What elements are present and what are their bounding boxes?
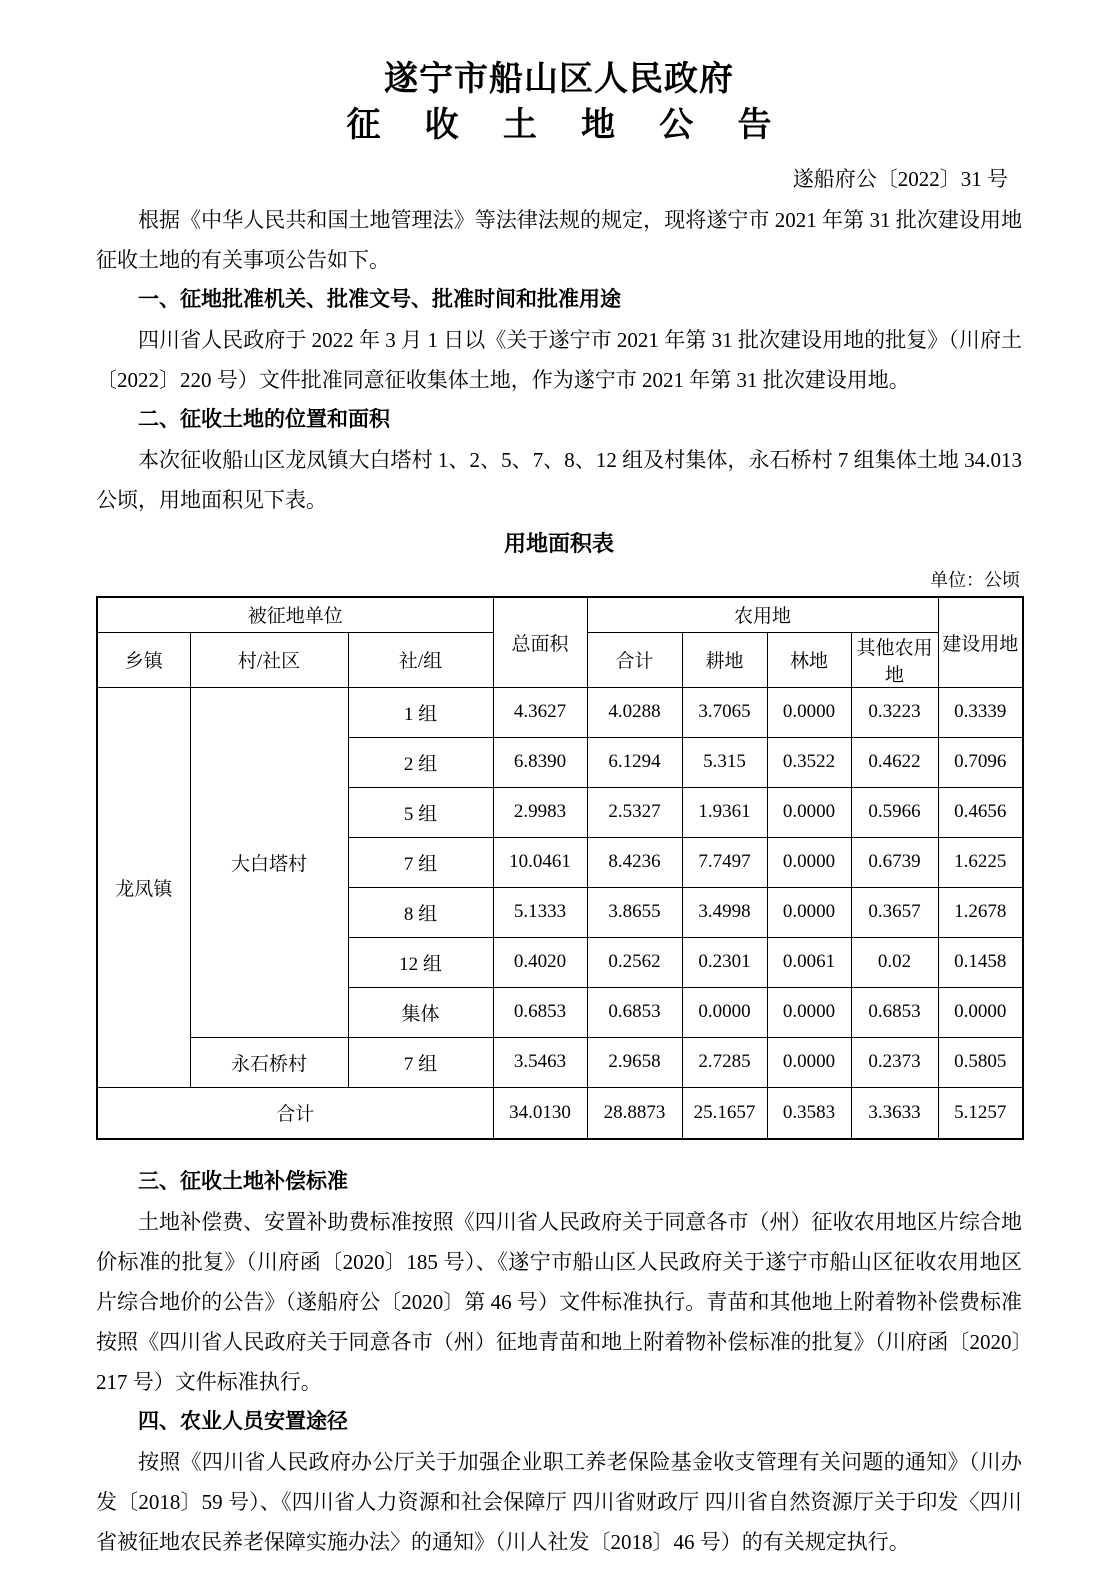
group-cell: 1 组 — [348, 687, 493, 737]
org-title: 遂宁市船山区人民政府 — [96, 58, 1022, 102]
village-cell: 永石桥村 — [190, 1037, 348, 1087]
farmland-subtotal-cell: 4.0288 — [587, 687, 682, 737]
other-farmland-cell: 0.3223 — [851, 687, 938, 737]
group-cell: 8 组 — [348, 887, 493, 937]
construction-cell: 0.3339 — [938, 687, 1023, 737]
section-3-body: 土地补偿费、安置补助费标准按照《四川省人民政府关于同意各市（州）征收农用地区片综… — [96, 1202, 1022, 1402]
forest-cell: 0.3583 — [767, 1087, 851, 1139]
table-row: 永石桥村 7 组 3.5463 2.9658 2.7285 0.0000 0.2… — [97, 1037, 1023, 1087]
farmland-subtotal-cell: 2.9658 — [587, 1037, 682, 1087]
table-row: 龙凤镇 大白塔村 1 组 4.3627 4.0288 3.7065 0.0000… — [97, 687, 1023, 737]
farmland-subtotal-cell: 2.5327 — [587, 787, 682, 837]
group-cell: 2 组 — [348, 737, 493, 787]
forest-cell: 0.0000 — [767, 987, 851, 1037]
cultivated-cell: 0.0000 — [682, 987, 767, 1037]
construction-cell: 0.7096 — [938, 737, 1023, 787]
group-cell: 集体 — [348, 987, 493, 1037]
cultivated-cell: 5.315 — [682, 737, 767, 787]
cultivated-cell: 2.7285 — [682, 1037, 767, 1087]
header-total-area: 总面积 — [493, 597, 587, 687]
cultivated-cell: 3.7065 — [682, 687, 767, 737]
forest-cell: 0.0000 — [767, 687, 851, 737]
header-group: 社/组 — [348, 632, 493, 687]
header-township: 乡镇 — [97, 632, 190, 687]
cultivated-cell: 7.7497 — [682, 837, 767, 887]
other-farmland-cell: 3.3633 — [851, 1087, 938, 1139]
table-title: 用地面积表 — [96, 524, 1022, 564]
farmland-subtotal-cell: 6.1294 — [587, 737, 682, 787]
construction-cell: 0.1458 — [938, 937, 1023, 987]
header-farmland: 农用地 — [587, 597, 938, 632]
section-3-heading: 三、征收土地补偿标准 — [96, 1162, 1022, 1202]
section-4-body: 按照《四川省人民政府办公厅关于加强企业职工养老保险基金收支管理有关问题的通知》（… — [96, 1442, 1022, 1562]
other-farmland-cell: 0.5966 — [851, 787, 938, 837]
header-village: 村/社区 — [190, 632, 348, 687]
group-cell: 7 组 — [348, 1037, 493, 1087]
other-farmland-cell: 0.6853 — [851, 987, 938, 1037]
total-area-cell: 0.4020 — [493, 937, 587, 987]
other-farmland-cell: 0.6739 — [851, 837, 938, 887]
section-1-heading: 一、征地批准机关、批准文号、批准时间和批准用途 — [96, 280, 1022, 320]
total-area-cell: 10.0461 — [493, 837, 587, 887]
header-construction-land: 建设用地 — [938, 597, 1023, 687]
header-subtotal: 合计 — [587, 632, 682, 687]
other-farmland-cell: 0.4622 — [851, 737, 938, 787]
table-total-row: 合计 34.0130 28.8873 25.1657 0.3583 3.3633… — [97, 1087, 1023, 1139]
forest-cell: 0.0000 — [767, 887, 851, 937]
total-area-cell: 2.9983 — [493, 787, 587, 837]
header-expropriated-unit: 被征地单位 — [97, 597, 493, 632]
total-label-cell: 合计 — [97, 1087, 493, 1139]
construction-cell: 0.5805 — [938, 1037, 1023, 1087]
section-4-heading: 四、农业人员安置途径 — [96, 1402, 1022, 1442]
forest-cell: 0.0000 — [767, 787, 851, 837]
land-area-table: 被征地单位 总面积 农用地 建设用地 乡镇 村/社区 社/组 合计 耕地 林地 … — [96, 596, 1024, 1140]
forest-cell: 0.0061 — [767, 937, 851, 987]
table-unit-note: 单位：公顷 — [96, 564, 1022, 596]
header-forest-land: 林地 — [767, 632, 851, 687]
table-header-row-1: 被征地单位 总面积 农用地 建设用地 — [97, 597, 1023, 632]
announcement-title: 征收土地公告 — [96, 102, 1022, 150]
other-farmland-cell: 0.2373 — [851, 1037, 938, 1087]
construction-cell: 0.4656 — [938, 787, 1023, 837]
total-area-cell: 4.3627 — [493, 687, 587, 737]
cultivated-cell: 1.9361 — [682, 787, 767, 837]
announcement-document: 遂宁市船山区人民政府 征收土地公告 遂船府公〔2022〕31 号 根据《中华人民… — [0, 0, 1118, 1583]
farmland-subtotal-cell: 0.6853 — [587, 987, 682, 1037]
township-cell: 龙凤镇 — [97, 687, 190, 1087]
total-area-cell: 34.0130 — [493, 1087, 587, 1139]
cultivated-cell: 3.4998 — [682, 887, 767, 937]
forest-cell: 0.3522 — [767, 737, 851, 787]
other-farmland-cell: 0.3657 — [851, 887, 938, 937]
village-cell: 大白塔村 — [190, 687, 348, 1037]
construction-cell: 0.0000 — [938, 987, 1023, 1037]
farmland-subtotal-cell: 3.8655 — [587, 887, 682, 937]
section-2-heading: 二、征收土地的位置和面积 — [96, 400, 1022, 440]
cultivated-cell: 25.1657 — [682, 1087, 767, 1139]
forest-cell: 0.0000 — [767, 837, 851, 887]
total-area-cell: 3.5463 — [493, 1037, 587, 1087]
farmland-subtotal-cell: 28.8873 — [587, 1087, 682, 1139]
group-cell: 12 组 — [348, 937, 493, 987]
construction-cell: 5.1257 — [938, 1087, 1023, 1139]
farmland-subtotal-cell: 8.4236 — [587, 837, 682, 887]
construction-cell: 1.6225 — [938, 837, 1023, 887]
farmland-subtotal-cell: 0.2562 — [587, 937, 682, 987]
intro-paragraph: 根据《中华人民共和国土地管理法》等法律法规的规定，现将遂宁市 2021 年第 3… — [96, 200, 1022, 280]
group-cell: 7 组 — [348, 837, 493, 887]
header-cultivated-land: 耕地 — [682, 632, 767, 687]
total-area-cell: 5.1333 — [493, 887, 587, 937]
other-farmland-cell: 0.02 — [851, 937, 938, 987]
construction-cell: 1.2678 — [938, 887, 1023, 937]
group-cell: 5 组 — [348, 787, 493, 837]
section-2-body: 本次征收船山区龙凤镇大白塔村 1、2、5、7、8、12 组及村集体，永石桥村 7… — [96, 440, 1022, 520]
forest-cell: 0.0000 — [767, 1037, 851, 1087]
total-area-cell: 0.6853 — [493, 987, 587, 1037]
header-other-farmland: 其他农用地 — [851, 632, 938, 687]
section-1-body: 四川省人民政府于 2022 年 3 月 1 日以《关于遂宁市 2021 年第 3… — [96, 320, 1022, 400]
doc-number: 遂船府公〔2022〕31 号 — [96, 158, 1022, 200]
cultivated-cell: 0.2301 — [682, 937, 767, 987]
total-area-cell: 6.8390 — [493, 737, 587, 787]
